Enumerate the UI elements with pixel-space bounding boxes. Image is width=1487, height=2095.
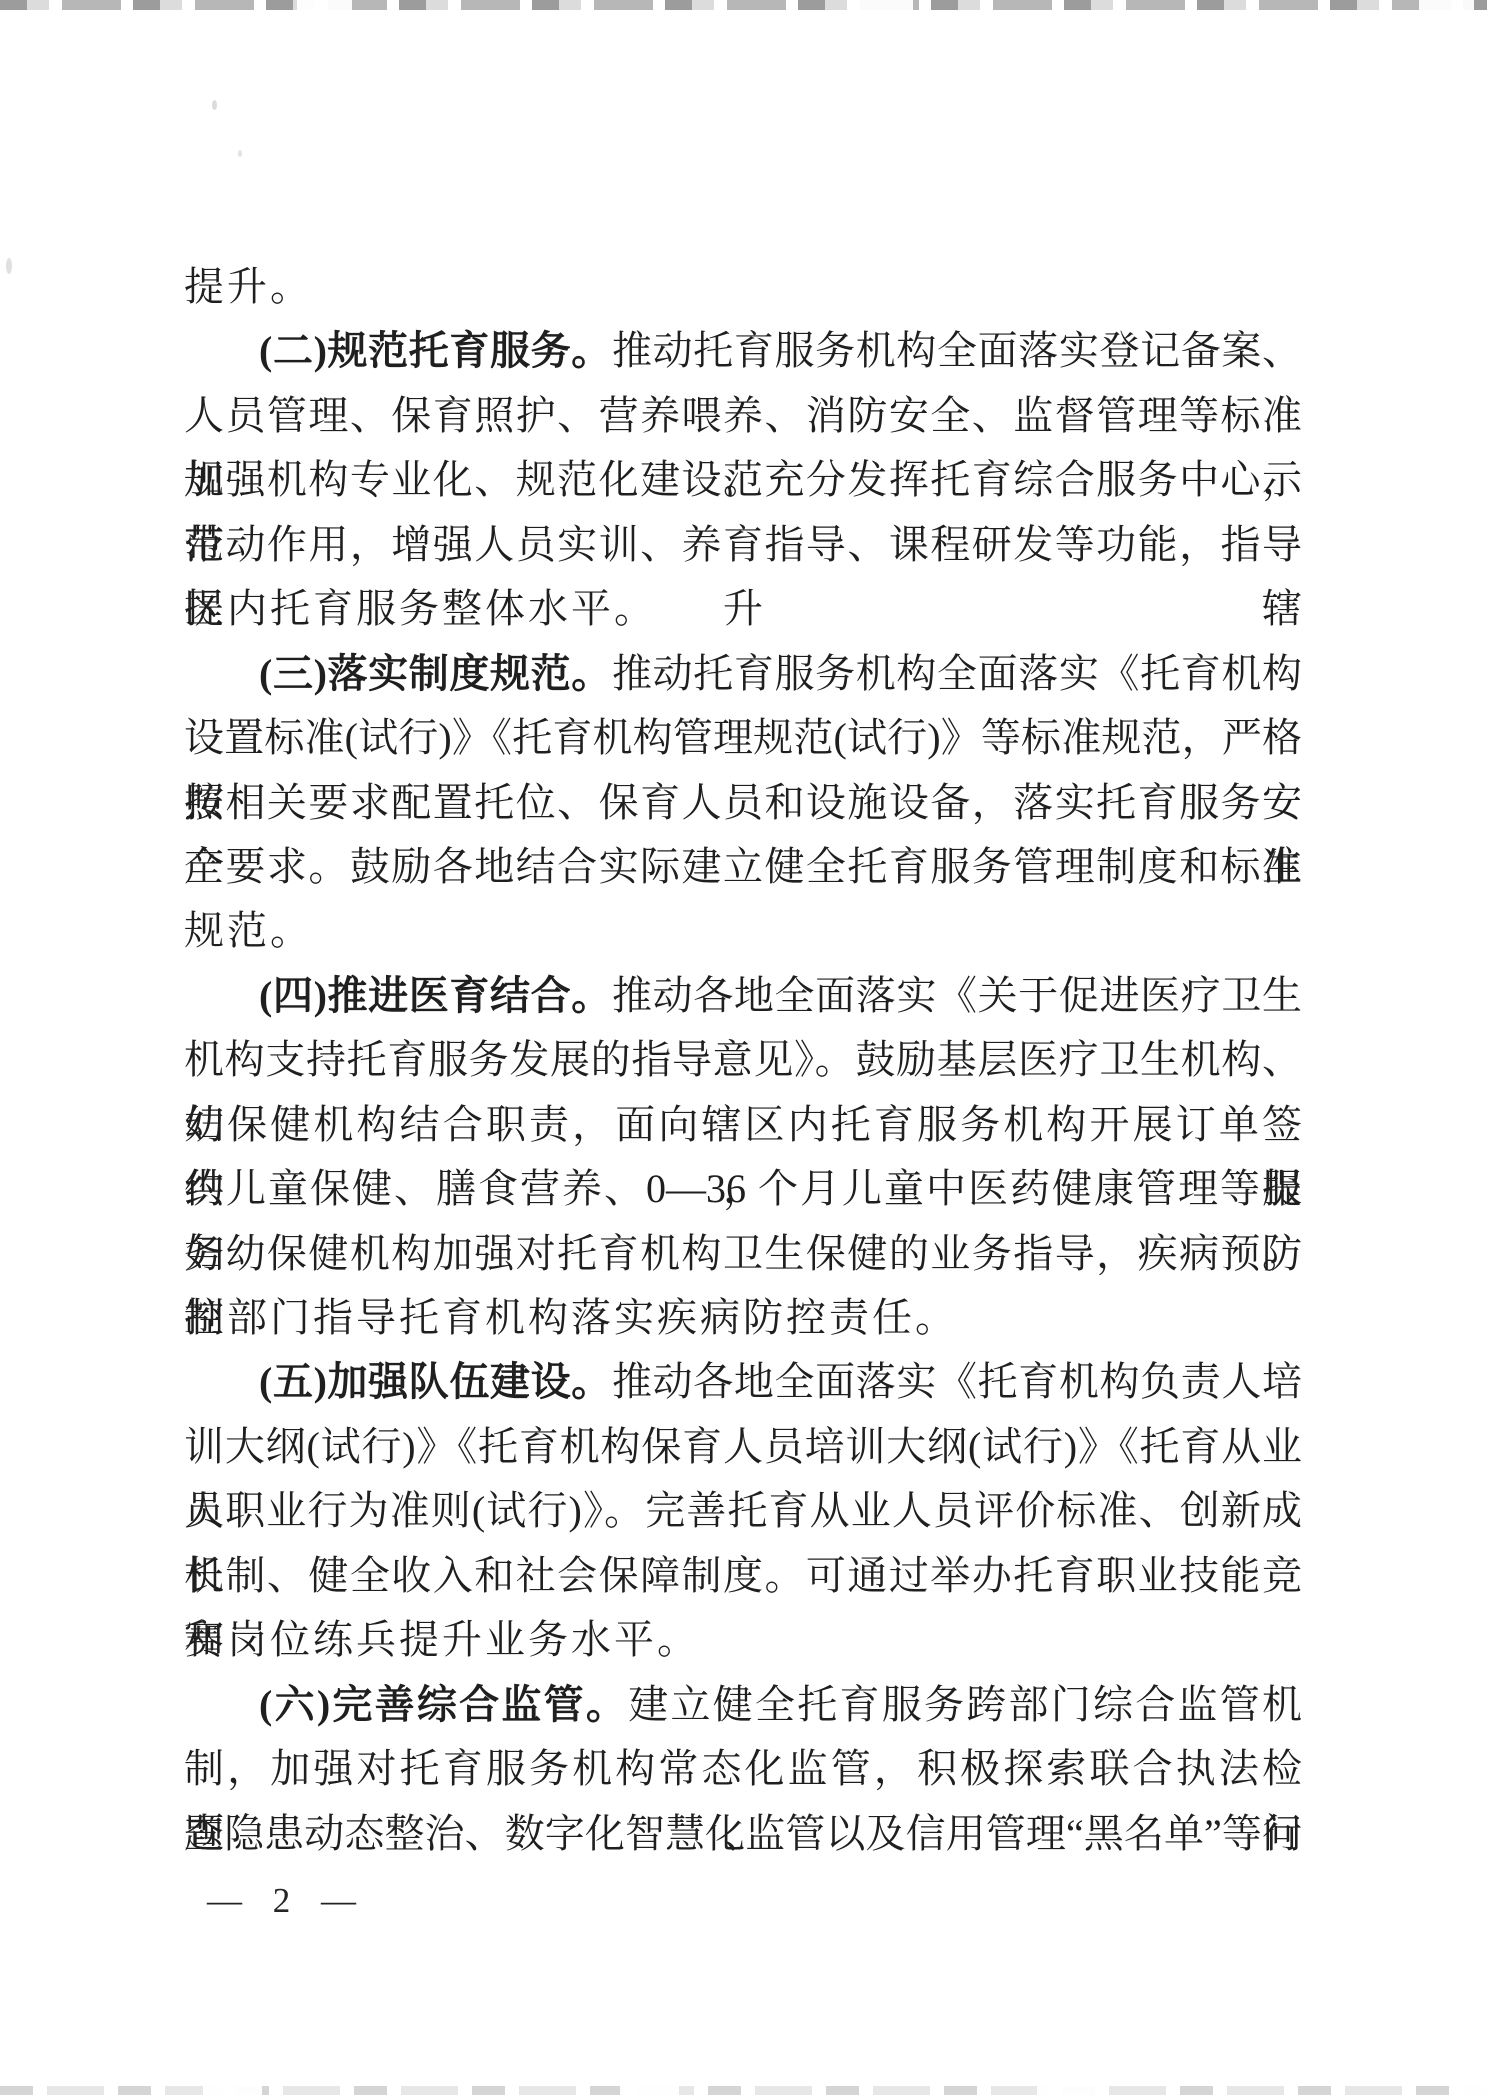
body-text: 推动各地全面落实《托育机构负责人培 bbox=[612, 1359, 1302, 1404]
section-heading-text: (三)落实制度规范。 bbox=[259, 651, 612, 696]
body-text: 推动托育服务机构全面落实《托育机构 bbox=[612, 651, 1302, 696]
text-line: 加强机构专业化、规范化建设。充分发挥托育综合服务中心示范 bbox=[184, 448, 1302, 512]
body-text: 制部门指导托育机构落实疾病防控责任。 bbox=[184, 1295, 958, 1340]
body-text: 推动各地全面落实《关于促进医疗卫生 bbox=[612, 973, 1302, 1018]
text-line: 设置标准(试行)》《托育机构管理规范(试行)》等标准规范，严格按 bbox=[184, 706, 1302, 770]
scan-speck bbox=[6, 258, 12, 274]
text-line: 提升。 bbox=[184, 255, 1302, 319]
text-line: 训大纲(试行)》《托育机构保育人员培训大纲(试行)》《托育从业人 bbox=[184, 1415, 1302, 1479]
text-line: 机构支持托育服务发展的指导意见》。鼓励基层医疗卫生机构、妇 bbox=[184, 1028, 1302, 1092]
text-line: 人员管理、保育照护、营养喂养、消防安全、监督管理等标准规范， bbox=[184, 384, 1302, 448]
body-text: 推动托育服务机构全面落实登记备案、 bbox=[612, 328, 1302, 373]
text-line: 制部门指导托育机构落实疾病防控责任。 bbox=[184, 1286, 1302, 1350]
text-line: 制，加强对托育服务机构常态化监管，积极探索联合执法检查、问 bbox=[184, 1737, 1302, 1801]
paragraph-start-line: (四)推进医育结合。推动各地全面落实《关于促进医疗卫生 bbox=[184, 964, 1302, 1028]
scan-noise-top bbox=[0, 0, 1487, 10]
body-text: 规范。 bbox=[184, 908, 313, 953]
body-text: 建立健全托育服务跨部门综合监管机 bbox=[628, 1682, 1302, 1727]
scan-speck bbox=[238, 150, 242, 157]
section-heading-text: (二)规范托育服务。 bbox=[259, 328, 612, 373]
text-line: 带动作用，增强人员实训、养育指导、课程研发等功能，指导提升辖 bbox=[184, 513, 1302, 577]
text-line: 产要求。鼓励各地结合实际建立健全托育服务管理制度和标准 bbox=[184, 835, 1302, 899]
scan-noise-bottom bbox=[0, 2086, 1487, 2095]
paragraph-start-line: (六)完善综合监管。建立健全托育服务跨部门综合监管机 bbox=[184, 1673, 1302, 1737]
body-text: 题隐患动态整治、数字化智慧化监管以及信用管理“黑名单”等行 bbox=[184, 1811, 1302, 1856]
text-line: 规范。 bbox=[184, 899, 1302, 963]
text-line: 机制、健全收入和社会保障制度。可通过举办托育职业技能竞赛 bbox=[184, 1544, 1302, 1608]
text-line: 幼保健机构结合职责，面向辖区内托育服务机构开展订单签约，提 bbox=[184, 1093, 1302, 1157]
text-line: 照相关要求配置托位、保育人员和设施设备，落实托育服务安全生 bbox=[184, 771, 1302, 835]
text-line: 妇幼保健机构加强对托育机构卫生保健的业务指导，疾病预防控 bbox=[184, 1222, 1302, 1286]
scan-speck bbox=[212, 100, 217, 110]
paragraph-start-line: (二)规范托育服务。推动托育服务机构全面落实登记备案、 bbox=[184, 319, 1302, 383]
paragraph-start-line: (五)加强队伍建设。推动各地全面落实《托育机构负责人培 bbox=[184, 1350, 1302, 1414]
text-line: 供儿童保健、膳食营养、0—36 个月儿童中医药健康管理等服务。 bbox=[184, 1157, 1302, 1221]
body-text: 和岗位练兵提升业务水平。 bbox=[184, 1617, 700, 1662]
section-heading-text: (六)完善综合监管。 bbox=[259, 1682, 628, 1727]
paragraph-start-line: (三)落实制度规范。推动托育服务机构全面落实《托育机构 bbox=[184, 642, 1302, 706]
body-text: 提升。 bbox=[184, 264, 313, 309]
body-text: 区内托育服务整体水平。 bbox=[184, 586, 657, 631]
section-heading-text: (五)加强队伍建设。 bbox=[259, 1359, 612, 1404]
scanned-document-page: 提升。(二)规范托育服务。推动托育服务机构全面落实登记备案、人员管理、保育照护、… bbox=[0, 0, 1487, 2095]
text-line: 和岗位练兵提升业务水平。 bbox=[184, 1608, 1302, 1672]
page-number: — 2 — bbox=[207, 1878, 360, 1924]
body-text: 产要求。鼓励各地结合实际建立健全托育服务管理制度和标准 bbox=[184, 844, 1302, 889]
section-heading-text: (四)推进医育结合。 bbox=[259, 973, 612, 1018]
text-line: 员职业行为准则(试行)》。完善托育从业人员评价标准、创新成长 bbox=[184, 1479, 1302, 1543]
document-text-block: 提升。(二)规范托育服务。推动托育服务机构全面落实登记备案、人员管理、保育照护、… bbox=[184, 255, 1302, 1866]
text-line: 题隐患动态整治、数字化智慧化监管以及信用管理“黑名单”等行 bbox=[184, 1802, 1302, 1866]
